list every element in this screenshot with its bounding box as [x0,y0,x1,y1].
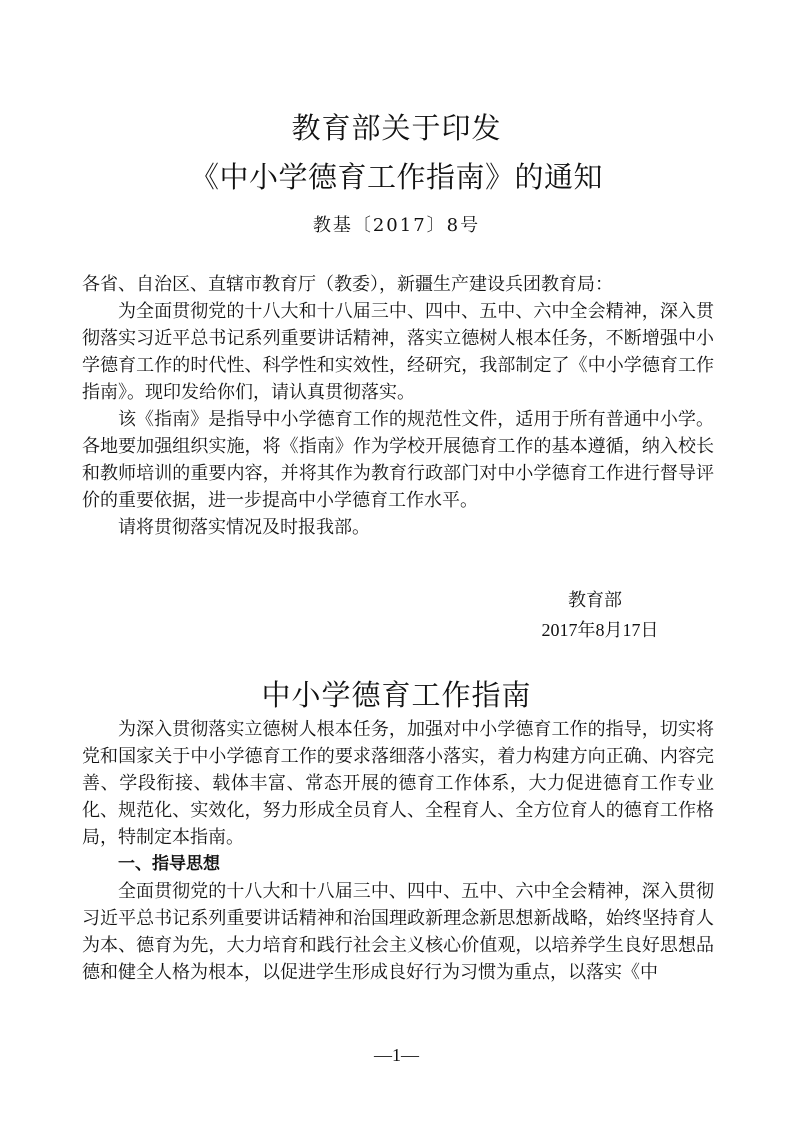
notice-paragraph-2: 该《指南》是指导中小学德育工作的规范性文件，适用于所有普通中小学。各地要加强组织… [82,406,714,514]
guide-body: 为深入贯彻落实立德树人根本任务，加强对中小学德育工作的指导，切实将党和国家关于中… [82,716,714,986]
page-number: —1— [0,1043,793,1067]
document-number: 教基〔2017〕8号 [0,214,793,238]
notice-title-line2: 《中小学德育工作指南》的通知 [0,161,793,195]
guide-title: 中小学德育工作指南 [0,678,793,714]
notice-paragraph-1: 为全面贯彻党的十八大和十八届三中、四中、五中、六中全会精神，深入贯彻落实习近平总… [82,298,714,406]
signature-organization: 教育部 [560,587,630,614]
section-paragraph: 全面贯彻党的十八大和十八届三中、四中、五中、六中全会精神，深入贯彻习近平总书记系… [82,878,714,986]
section-heading: 一、指导思想 [82,851,714,878]
notice-body: 各省、自治区、直辖市教育厅（教委），新疆生产建设兵团教育局： 为全面贯彻党的十八… [82,271,714,541]
salutation: 各省、自治区、直辖市教育厅（教委），新疆生产建设兵团教育局： [82,271,714,298]
document-page: 教育部关于印发 《中小学德育工作指南》的通知 教基〔2017〕8号 各省、自治区… [0,0,793,1122]
notice-paragraph-3: 请将贯彻落实情况及时报我部。 [82,514,714,541]
notice-title-line1: 教育部关于印发 [0,112,793,146]
guide-intro-paragraph: 为深入贯彻落实立德树人根本任务，加强对中小学德育工作的指导，切实将党和国家关于中… [82,716,714,851]
signature-date: 2017年8月17日 [500,617,700,644]
